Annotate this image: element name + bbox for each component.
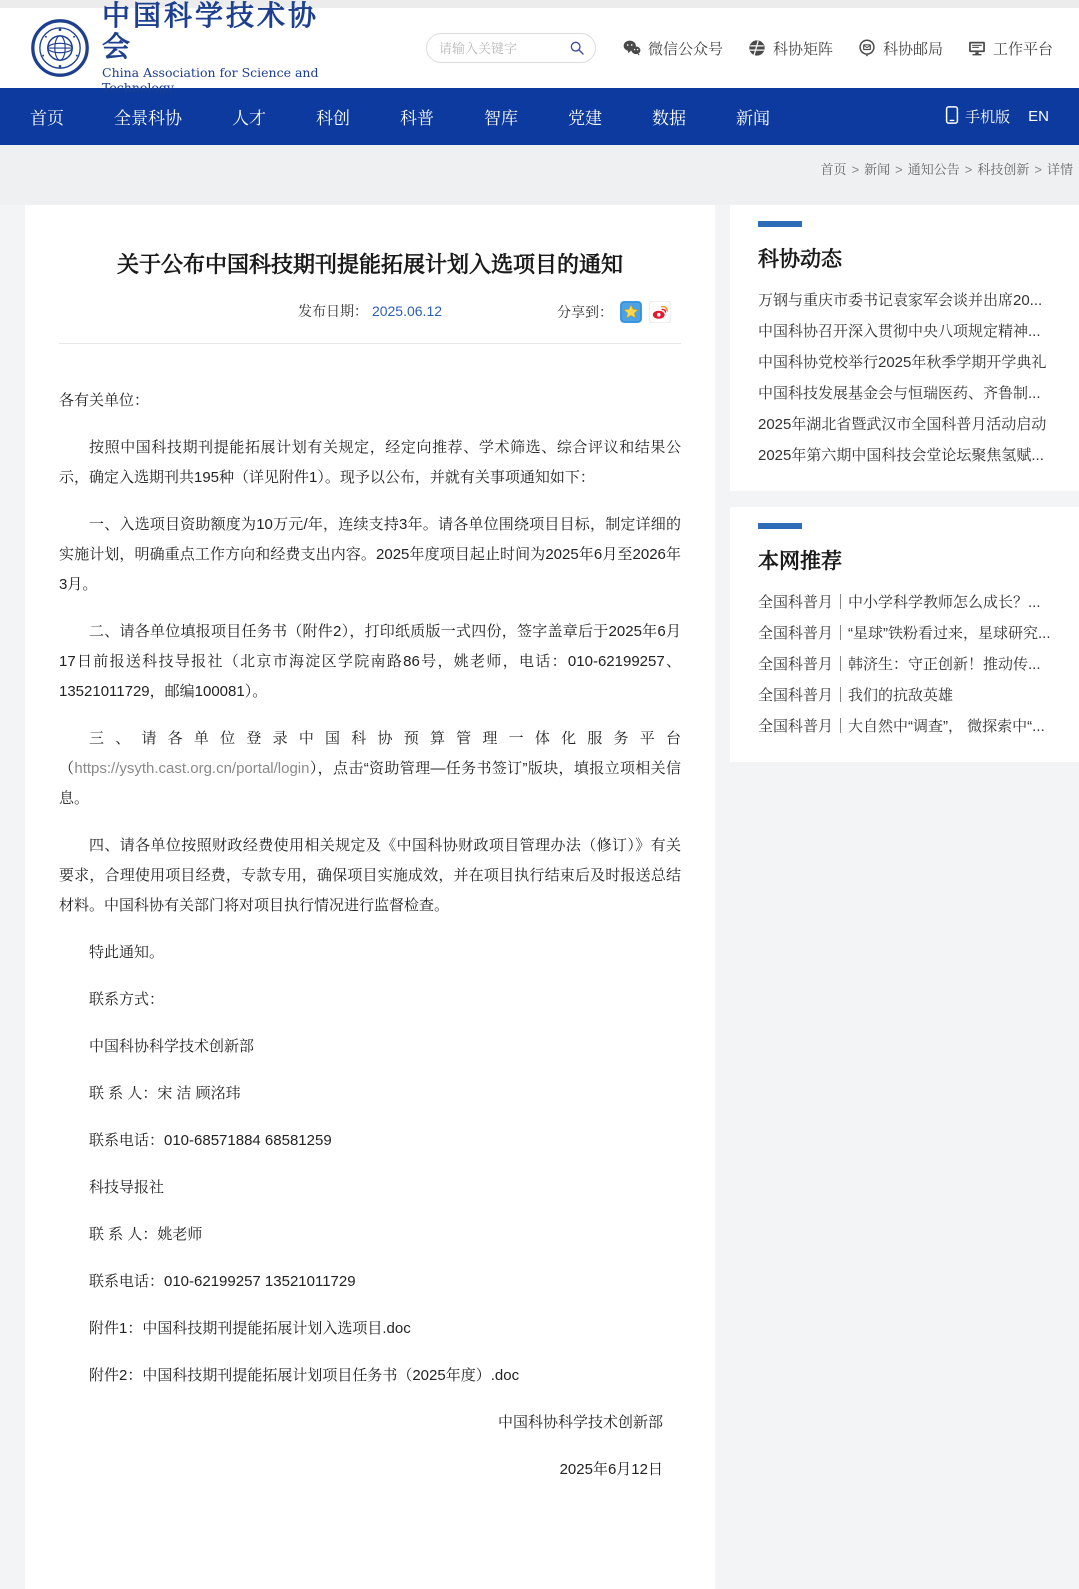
nav-item-3[interactable]: 科创	[316, 104, 350, 129]
article-meta: 发布日期：2025.06.12 分享到：	[55, 301, 685, 327]
site-header: 中国科学技术协会 China Association for Science a…	[0, 8, 1079, 88]
nav-right: 手机版 EN	[945, 106, 1049, 128]
nav-item-5[interactable]: 智库	[484, 104, 518, 129]
list-item[interactable]: 2025年第六期中国科技会堂论坛聚焦氢赋...	[758, 440, 1051, 471]
article-paragraph: 三、请各单位登录中国科协预算管理一体化服务平台（https://ysyth.ca…	[59, 724, 681, 814]
wechat-link[interactable]: 微信公众号	[622, 38, 723, 59]
list-item[interactable]: 全国科普月｜“星球”铁粉看过来，星球研究...	[758, 618, 1051, 649]
section-list: 万钢与重庆市委书记袁家军会谈并出席20...中国科协召开深入贯彻中央八项规定精神…	[758, 285, 1051, 471]
section-list: 全国科普月｜中小学科学教师怎么成长？...全国科普月｜“星球”铁粉看过来，星球研…	[758, 587, 1051, 742]
language-toggle[interactable]: EN	[1028, 108, 1049, 125]
share-bar: 分享到：	[557, 301, 671, 323]
section-accent-bar	[758, 523, 802, 529]
share-label: 分享到：	[557, 302, 613, 322]
search-icon[interactable]	[569, 40, 585, 56]
cast-emblem-icon	[30, 18, 90, 78]
mobile-version-label: 手机版	[965, 106, 1010, 127]
article-paragraph: 二、请各单位填报项目任务书（附件2），打印纸质版一式四份，签字盖章后于2025年…	[59, 617, 681, 707]
article-paragraph: 科技导报社	[59, 1173, 681, 1203]
wechat-icon	[622, 38, 642, 58]
breadcrumb-item-0[interactable]: 首页	[821, 162, 847, 177]
section-title: 本网推荐	[758, 545, 1051, 575]
quick-link-label: 工作平台	[993, 38, 1053, 59]
header-search-box[interactable]	[426, 33, 596, 63]
qzone-share-icon[interactable]	[620, 301, 642, 323]
sidebar-section-0: 科协动态万钢与重庆市委书记袁家军会谈并出席20...中国科协召开深入贯彻中央八项…	[730, 205, 1079, 491]
article-body: 各有关单位：按照中国科技期刊提能拓展计划有关规定，经定向推荐、学术筛选、综合评议…	[55, 386, 685, 1485]
article-title: 关于公布中国科技期刊提能拓展计划入选项目的通知	[85, 249, 655, 281]
workbench-icon	[967, 38, 987, 58]
list-item[interactable]: 全国科普月｜大自然中“调查”， 微探索中“...	[758, 711, 1051, 742]
logo-text: 中国科学技术协会 China Association for Science a…	[102, 1, 336, 96]
logo-title-en: China Association for Science and Techno…	[102, 65, 336, 95]
list-item[interactable]: 中国科技发展基金会与恒瑞医药、齐鲁制...	[758, 378, 1051, 409]
list-item[interactable]: 中国科协党校举行2025年秋季学期开学典礼	[758, 347, 1051, 378]
sidebar-section-1: 本网推荐全国科普月｜中小学科学教师怎么成长？...全国科普月｜“星球”铁粉看过来…	[730, 507, 1079, 762]
article-paragraph: 联系电话：010-68571884 68581259	[59, 1126, 681, 1156]
breadcrumb-band: 首页>新闻>通知公告>科技创新>详情	[0, 145, 1079, 205]
nav-items: 首页全景科协人才科创科普智库党建数据新闻	[30, 104, 770, 129]
nav-item-8[interactable]: 新闻	[736, 104, 770, 129]
attachment-link[interactable]: 附件2：中国科技期刊提能拓展计划项目任务书（2025年度）.doc	[59, 1361, 681, 1391]
header-quick-links: 微信公众号科协矩阵科协邮局工作平台	[622, 38, 1053, 59]
section-title: 科协动态	[758, 243, 1051, 273]
publish-date-value: 2025.06.12	[372, 303, 442, 319]
list-item[interactable]: 2025年湖北省暨武汉市全国科普月活动启动	[758, 409, 1051, 440]
article-paragraph: 按照中国科技期刊提能拓展计划有关规定，经定向推荐、学术筛选、综合评议和结果公示，…	[59, 433, 681, 493]
list-item[interactable]: 全国科普月｜我们的抗敌英雄	[758, 680, 1051, 711]
site-logo[interactable]: 中国科学技术协会 China Association for Science a…	[30, 1, 336, 96]
nav-item-1[interactable]: 全景科协	[114, 104, 182, 129]
nav-item-4[interactable]: 科普	[400, 104, 434, 129]
list-item[interactable]: 万钢与重庆市委书记袁家军会谈并出席20...	[758, 285, 1051, 316]
list-item[interactable]: 全国科普月｜韩济生：守正创新！推动传...	[758, 649, 1051, 680]
article-paragraph: 一、入选项目资助额度为10万元/年，连续支持3年。请各单位围绕项目目标，制定详细…	[59, 510, 681, 600]
logo-title-cn: 中国科学技术协会	[102, 1, 336, 63]
article-paragraph: 联 系 人：宋 洁 顾洺玮	[59, 1079, 681, 1109]
quick-link-label: 科协矩阵	[773, 38, 833, 59]
mail-link[interactable]: 科协邮局	[857, 38, 943, 59]
content-area: 关于公布中国科技期刊提能拓展计划入选项目的通知 发布日期：2025.06.12 …	[0, 205, 1079, 1589]
article-paragraph: 联系电话：010-62199257 13521011729	[59, 1267, 681, 1297]
search-input[interactable]	[437, 40, 569, 57]
quick-link-label: 科协邮局	[883, 38, 943, 59]
article-paragraph: 中国科协科学技术创新部	[59, 1032, 681, 1062]
breadcrumb-separator: >	[965, 162, 973, 177]
matrix-icon	[747, 38, 767, 58]
breadcrumb-separator: >	[895, 162, 903, 177]
breadcrumb-separator: >	[852, 162, 860, 177]
matrix-link[interactable]: 科协矩阵	[747, 38, 833, 59]
breadcrumb-item-3[interactable]: 科技创新	[977, 162, 1029, 177]
article-paragraph: 联系方式：	[59, 985, 681, 1015]
title-divider	[59, 343, 681, 344]
breadcrumb-separator: >	[1034, 162, 1042, 177]
sidebar: 科协动态万钢与重庆市委书记袁家军会谈并出席20...中国科协召开深入贯彻中央八项…	[730, 205, 1079, 762]
quick-link-label: 微信公众号	[648, 38, 723, 59]
article-paragraph: 特此通知。	[59, 938, 681, 968]
article-paragraph: 2025年6月12日	[59, 1455, 681, 1485]
list-item[interactable]: 中国科协召开深入贯彻中央八项规定精神...	[758, 316, 1051, 347]
breadcrumb-item-4: 详情	[1047, 162, 1073, 177]
breadcrumb-item-2[interactable]: 通知公告	[908, 162, 960, 177]
nav-item-7[interactable]: 数据	[652, 104, 686, 129]
mail-icon	[857, 38, 877, 58]
nav-item-2[interactable]: 人才	[232, 104, 266, 129]
section-accent-bar	[758, 221, 802, 227]
article-paragraph: 四、请各单位按照财政经费使用相关规定及《中国科协财政项目管理办法（修订）》有关要…	[59, 831, 681, 921]
list-item[interactable]: 全国科普月｜中小学科学教师怎么成长？...	[758, 587, 1051, 618]
publish-date-label: 发布日期：	[298, 303, 368, 319]
nav-item-0[interactable]: 首页	[30, 104, 64, 129]
attachment-link[interactable]: 附件1：中国科技期刊提能拓展计划入选项目.doc	[59, 1314, 681, 1344]
breadcrumb: 首页>新闻>通知公告>科技创新>详情	[0, 159, 1073, 178]
article-card: 关于公布中国科技期刊提能拓展计划入选项目的通知 发布日期：2025.06.12 …	[25, 205, 715, 1589]
article-paragraph: 联 系 人：姚老师	[59, 1220, 681, 1250]
platform-url[interactable]: https://ysyth.cast.org.cn/portal/login	[74, 760, 309, 777]
mobile-version-link[interactable]: 手机版	[945, 106, 1010, 128]
article-paragraph: 中国科协科学技术创新部	[59, 1408, 681, 1438]
workbench-link[interactable]: 工作平台	[967, 38, 1053, 59]
weibo-share-icon[interactable]	[649, 301, 671, 323]
article-paragraph: 各有关单位：	[59, 386, 681, 416]
nav-item-6[interactable]: 党建	[568, 104, 602, 129]
primary-nav: 首页全景科协人才科创科普智库党建数据新闻 手机版 EN	[0, 88, 1079, 145]
breadcrumb-item-1[interactable]: 新闻	[864, 162, 890, 177]
phone-icon	[945, 106, 959, 128]
